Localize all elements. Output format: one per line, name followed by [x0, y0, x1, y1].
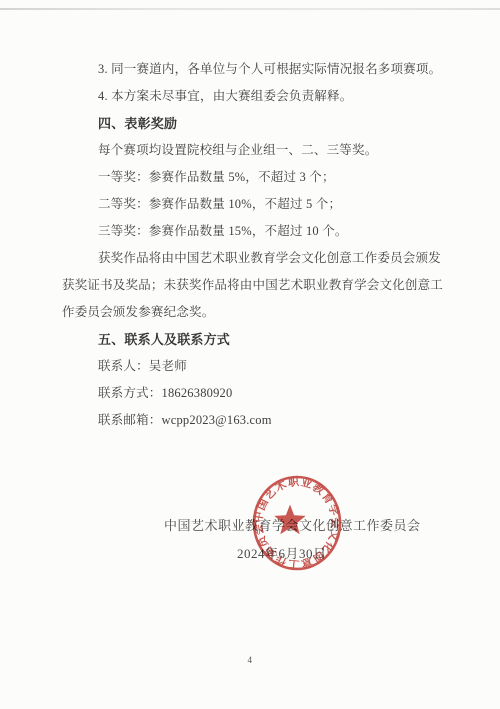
- doc-line: 联系方式：18626380920: [62, 380, 440, 407]
- doc-line: 联系邮箱：wcpp2023@163.com: [62, 407, 440, 434]
- doc-line: 4. 本方案未尽事宜，由大赛组委会负责解释。: [62, 83, 440, 110]
- doc-line: 作委员会颁发参赛纪念奖。: [62, 299, 440, 326]
- page-number: 4: [0, 655, 500, 665]
- doc-line: 获奖作品将由中国艺术职业教育学会文化创意工作委员会颁发: [62, 245, 440, 272]
- star-icon: [274, 505, 305, 535]
- doc-line: 获奖证书及奖品；未获奖作品将由中国艺术职业教育学会文化创意工: [62, 272, 440, 299]
- section-heading: 五、联系人及联系方式: [62, 326, 440, 353]
- official-seal: 中国艺术职业教育学会文化创意工作委员会: [247, 470, 347, 578]
- document-body: 3. 同一赛道内，各单位与个人可根据实际情况报名多项赛项。4. 本方案未尽事宜，…: [62, 56, 440, 434]
- doc-line: 三等奖：参赛作品数量 15%，不超过 10 个。: [62, 218, 440, 245]
- section-heading: 四、表彰奖励: [62, 110, 440, 137]
- doc-line: 每个赛项均设置院校组与企业组一、二、三等奖。: [62, 137, 440, 164]
- scan-edge-line: [0, 8, 500, 10]
- doc-line: 联系人：吴老师: [62, 353, 440, 380]
- document-page: 3. 同一赛道内，各单位与个人可根据实际情况报名多项赛项。4. 本方案未尽事宜，…: [0, 0, 500, 709]
- doc-line: 3. 同一赛道内，各单位与个人可根据实际情况报名多项赛项。: [62, 56, 440, 83]
- doc-line: 二等奖：参赛作品数量 10%，不超过 5 个；: [62, 191, 440, 218]
- doc-line: 一等奖：参赛作品数量 5%，不超过 3 个；: [62, 164, 440, 191]
